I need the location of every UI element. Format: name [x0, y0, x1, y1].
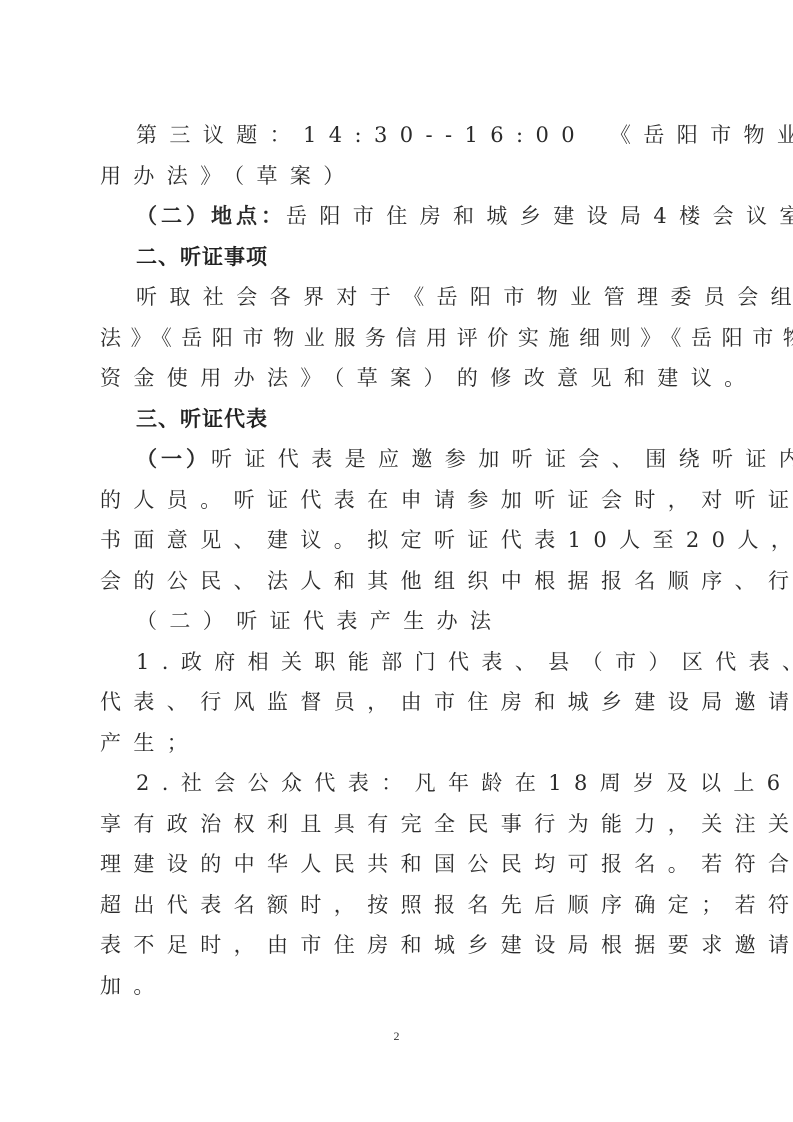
agenda-item-3: 第三议题：14:30--16:00 《岳阳市物业专项维修资金使	[100, 115, 690, 156]
paragraph-line: 理建设的中华人民共和国公民均可报名。若符合要求的报名人员	[100, 844, 690, 885]
paragraph-line: 超出代表名额时，按照报名先后顺序确定；若符合要求的报名代	[100, 885, 690, 926]
agenda-item-3-cont: 用办法》（草案）	[100, 156, 690, 197]
paragraph-line: 书面意见、建议。拟定听证代表10人至20人，从报名参加听证	[100, 520, 690, 561]
section-heading-hearing-matters: 二、听证事项	[100, 237, 690, 278]
paragraph-line: 代表、行风监督员，由市住房和城乡建设局邀请，相关部门推荐	[100, 682, 690, 723]
paragraph-line: 的人员。听证代表在申请参加听证会时，对听证事项应有明确的	[100, 480, 690, 521]
section-heading-hearing-representatives: 三、听证代表	[100, 399, 690, 440]
subsection-2-title: （二）听证代表产生办法	[100, 601, 690, 642]
subsection-1-line: （一）听证代表是应邀参加听证会、围绕听证内容发表意见	[100, 439, 690, 480]
paragraph-line: 享有政治权利且具有完全民事行为能力，关注关心岳阳市物业管	[100, 804, 690, 845]
list-item-1: 1.政府相关职能部门代表、县（市）区代表、相关行业协会	[100, 642, 690, 683]
paragraph-line: 加。	[100, 966, 690, 1007]
location-text: 岳阳市住房和城乡建设局4楼会议室。	[286, 204, 793, 228]
page-number: 2	[0, 1029, 793, 1044]
location-label: （二）地点：	[136, 204, 286, 228]
location-line: （二）地点：岳阳市住房和城乡建设局4楼会议室。	[100, 196, 690, 237]
paragraph-line: 表不足时，由市住房和城乡建设局根据要求邀请相关公众代表参	[100, 925, 690, 966]
list-item-2: 2.社会公众代表：凡年龄在18周岁及以上60周岁及以下，	[100, 763, 690, 804]
subsection-1-text: 听证代表是应邀参加听证会、围绕听证内容发表意见	[211, 447, 793, 471]
document-page: 第三议题：14:30--16:00 《岳阳市物业专项维修资金使 用办法》（草案）…	[100, 115, 690, 1006]
paragraph-line: 会的公民、法人和其他组织中根据报名顺序、行业特点等遴选。	[100, 561, 690, 602]
subsection-1-label: （一）	[136, 447, 211, 471]
paragraph-line: 听取社会各界对于《岳阳市物业管理委员会组建运行实施办	[100, 277, 690, 318]
paragraph-line: 产生；	[100, 723, 690, 764]
paragraph-line: 资金使用办法》（草案）的修改意见和建议。	[100, 358, 690, 399]
paragraph-line: 法》《岳阳市物业服务信用评价实施细则》《岳阳市物业专项维修	[100, 318, 690, 359]
